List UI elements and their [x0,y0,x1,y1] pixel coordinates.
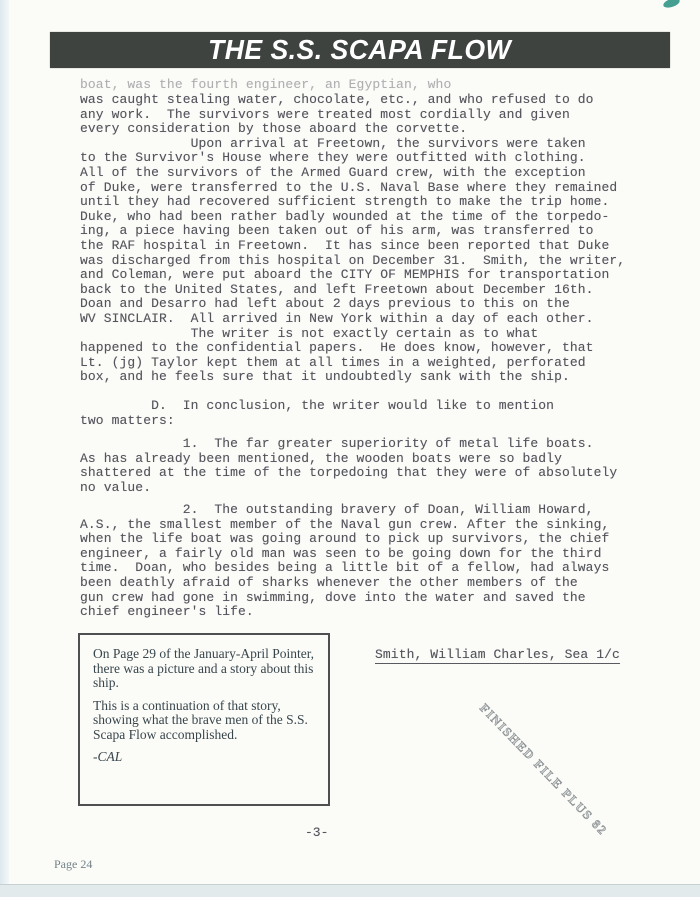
teal-corner-mark [662,0,681,9]
page-number: -3- [305,825,328,840]
page-edge-left [0,0,9,897]
title-banner: THE S.S. SCAPA FLOW [50,32,670,68]
finished-file-stamp: FINISHED FILE PLUS 82 [476,701,610,839]
page-title: THE S.S. SCAPA FLOW [208,34,511,66]
conclusion-point-1: 1. The far greater superiority of metal … [80,437,617,495]
note-signature: -CAL [93,750,315,765]
editor-note-box: On Page 29 of the January-April Pointer,… [78,633,330,806]
book-page-label: Page 24 [54,857,92,872]
narrative-paragraphs: was caught stealing water, chocolate, et… [80,93,625,385]
note-paragraph-2: This is a continuation of that story, sh… [93,699,315,743]
conclusion-point-2: 2. The outstanding bravery of Doan, Will… [80,503,609,620]
note-paragraph-1: On Page 29 of the January-April Pointer,… [93,647,315,691]
author-signature: Smith, William Charles, Sea 1/c [375,647,620,664]
conclusion-intro: D. In conclusion, the writer would like … [80,399,554,428]
page-edge-bottom [0,884,700,897]
scanned-document-page: THE S.S. SCAPA FLOW boat, was the fourth… [0,0,700,897]
cutoff-top-line: boat, was the fourth engineer, an Egypti… [80,78,451,93]
